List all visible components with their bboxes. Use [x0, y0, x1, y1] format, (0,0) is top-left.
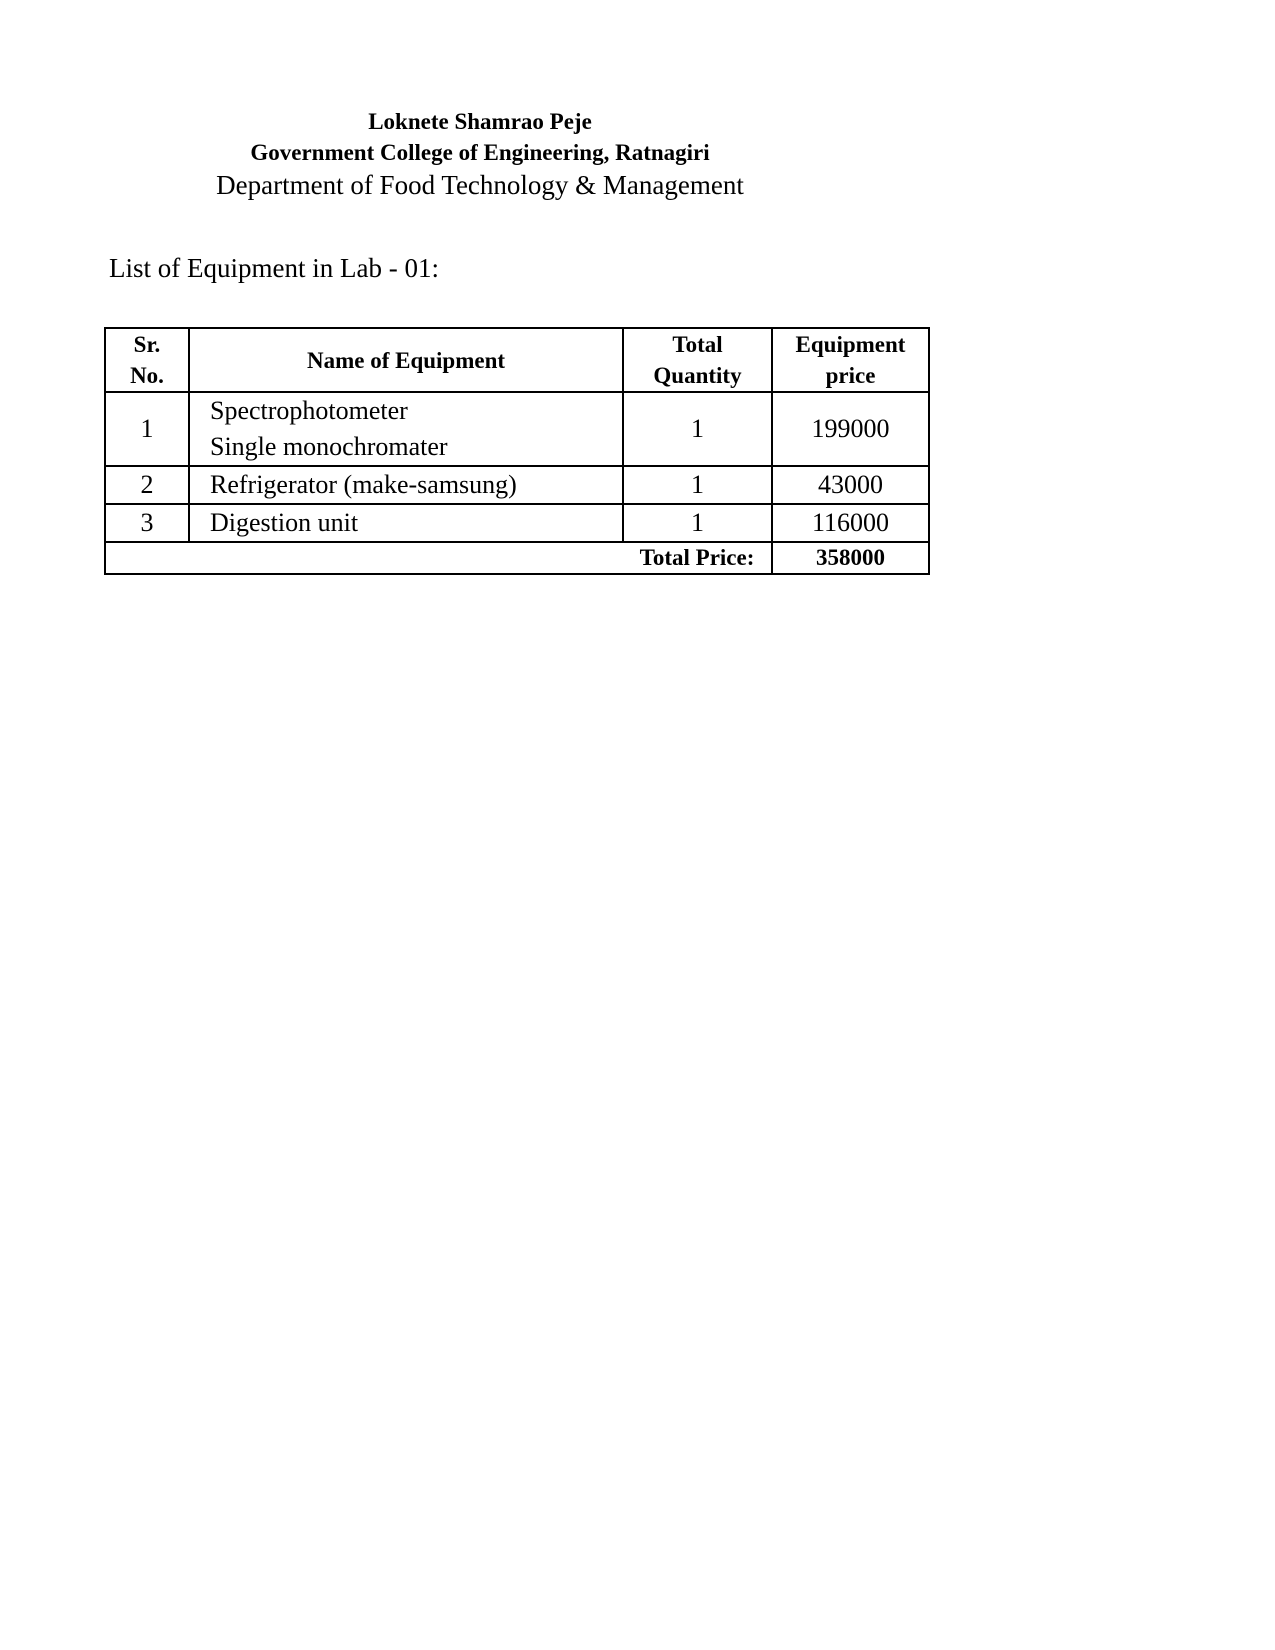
college-name: Government College of Engineering, Ratna…	[0, 137, 960, 168]
equipment-name-line2: Single monochromater	[210, 429, 622, 465]
list-title: List of Equipment in Lab - 01:	[109, 252, 439, 284]
sr-no-cell: 3	[105, 504, 189, 542]
quantity-cell: 1	[623, 504, 772, 542]
table-row: 3 Digestion unit 1 116000	[105, 504, 929, 542]
price-cell: 116000	[772, 504, 929, 542]
column-header-sr-no: Sr. No.	[105, 328, 189, 392]
equipment-name-cell: Spectrophotometer Single monochromater	[189, 392, 623, 466]
table-row: 1 Spectrophotometer Single monochromater…	[105, 392, 929, 466]
total-price-value: 358000	[772, 542, 929, 574]
sr-header-line1: Sr.	[106, 329, 188, 360]
total-row: Total Price: 358000	[105, 542, 929, 574]
price-cell: 199000	[772, 392, 929, 466]
document-header: Loknete Shamrao Peje Government College …	[0, 106, 960, 202]
sr-no-cell: 2	[105, 466, 189, 504]
equipment-name-cell: Digestion unit	[189, 504, 623, 542]
table-row: 2 Refrigerator (make-samsung) 1 43000	[105, 466, 929, 504]
total-price-label: Total Price:	[623, 542, 772, 574]
price-header-line2: price	[773, 360, 928, 391]
equipment-name-cell: Refrigerator (make-samsung)	[189, 466, 623, 504]
institution-name: Loknete Shamrao Peje	[0, 106, 960, 137]
department-name: Department of Food Technology & Manageme…	[0, 168, 960, 202]
sr-no-cell: 1	[105, 392, 189, 466]
column-header-name: Name of Equipment	[189, 328, 623, 392]
column-header-price: Equipment price	[772, 328, 929, 392]
column-header-quantity: Total Quantity	[623, 328, 772, 392]
price-header-line1: Equipment	[773, 329, 928, 360]
table-header-row: Sr. No. Name of Equipment Total Quantity…	[105, 328, 929, 392]
qty-header-line1: Total	[624, 329, 771, 360]
quantity-cell: 1	[623, 392, 772, 466]
equipment-table: Sr. No. Name of Equipment Total Quantity…	[104, 327, 930, 575]
qty-header-line2: Quantity	[624, 360, 771, 391]
total-row-blank	[105, 542, 623, 574]
equipment-name-line1: Spectrophotometer	[210, 393, 622, 429]
quantity-cell: 1	[623, 466, 772, 504]
price-cell: 43000	[772, 466, 929, 504]
sr-header-line2: No.	[106, 360, 188, 391]
